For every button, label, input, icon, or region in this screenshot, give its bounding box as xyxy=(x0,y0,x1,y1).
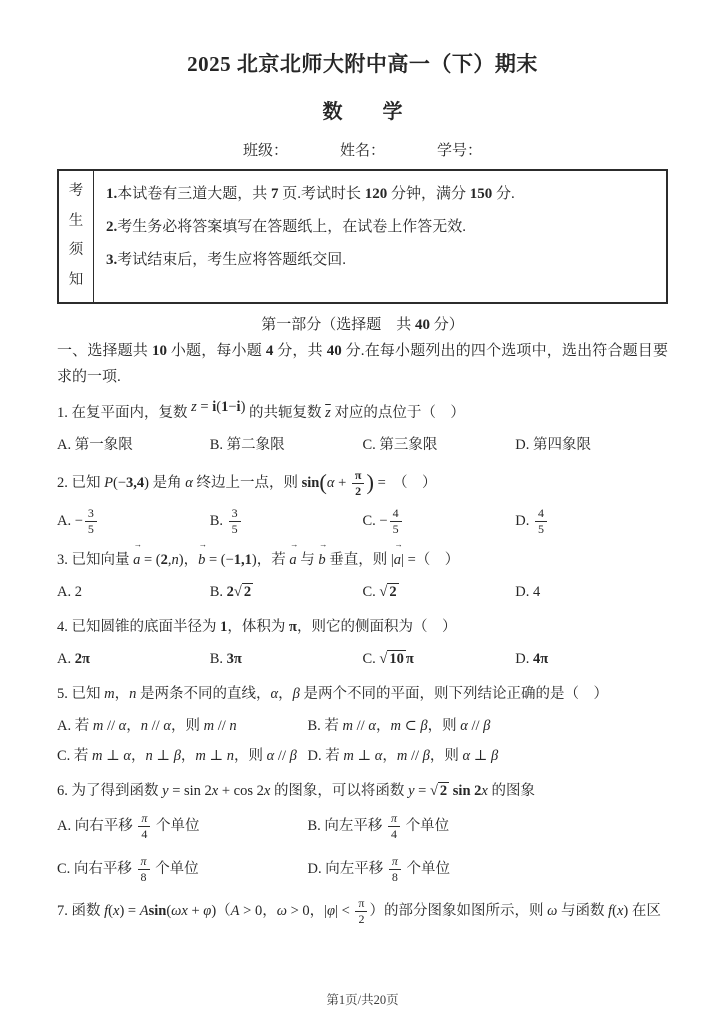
question-5-stem: 5. 已知 m，n 是两条不同的直线，α，β 是两个不同的平面，则下列结论正确的… xyxy=(57,682,668,707)
question-2-option-c: C. −45 xyxy=(363,506,516,537)
question-1-stem: 1. 在复平面内，复数 z = i(1−i) 的共轭复数 z 对应的点位于（ ） xyxy=(57,401,668,426)
question-4-options: A. 2π B. 3π C. √10π D. 4π xyxy=(57,647,668,671)
question-5-option-d: D. 若 m ⊥ α，m // β，则 α ⊥ β xyxy=(308,744,668,768)
question-2-stem: 2. 已知 P(−3,4) 是角 α 终边上一点，则 sin(α + π2) =… xyxy=(57,468,668,499)
candidate-notice-box: 考生须知 1.本试卷有三道大题，共 7 页.考试时长 120 分钟，满分 150… xyxy=(57,169,668,304)
question-4-stem: 4. 已知圆锥的底面半径为 1，体积为 π，则它的侧面积为（ ） xyxy=(57,615,668,640)
question-2: 2. 已知 P(−3,4) 是角 α 终边上一点，则 sin(α + π2) =… xyxy=(57,468,668,537)
question-1-option-a: A. 第一象限 xyxy=(57,433,210,457)
question-7: 7. 函数 f(x) = Asin(ωx + φ)（A > 0，ω > 0，|φ… xyxy=(57,896,668,927)
page-number: 第1页/共20页 xyxy=(57,982,668,1008)
question-4-option-b: B. 3π xyxy=(210,647,363,671)
question-4-option-c: C. √10π xyxy=(363,647,516,671)
question-1-option-b: B. 第二象限 xyxy=(210,433,363,457)
question-5-option-a: A. 若 m // α，n // α，则 m // n xyxy=(57,714,308,738)
name-field-label: 姓名： xyxy=(340,139,385,160)
question-5: 5. 已知 m，n 是两条不同的直线，α，β 是两个不同的平面，则下列结论正确的… xyxy=(57,682,668,768)
question-2-option-b: B. 35 xyxy=(210,506,363,537)
question-3-stem: 3. 已知向量 a→ = (2,n)，b→ = (−1,1)，若 a→ 与 b→… xyxy=(57,548,668,573)
notice-item-1: 1.本试卷有三道大题，共 7 页.考试时长 120 分钟，满分 150 分. xyxy=(106,178,652,211)
question-4-option-a: A. 2π xyxy=(57,647,210,671)
question-2-option-d: D. 45 xyxy=(515,506,668,537)
question-1-options: A. 第一象限 B. 第二象限 C. 第三象限 D. 第四象限 xyxy=(57,433,668,457)
question-3-option-d: D. 4 xyxy=(515,580,668,604)
question-6-stem: 6. 为了得到函数 y = sin 2x + cos 2x 的图象，可以将函数 … xyxy=(57,779,668,804)
student-id-field-label: 学号： xyxy=(437,139,482,160)
question-6-option-b: B. 向左平移 π4 个单位 xyxy=(308,811,668,842)
question-2-option-a: A. −35 xyxy=(57,506,210,537)
question-1: 1. 在复平面内，复数 z = i(1−i) 的共轭复数 z 对应的点位于（ ）… xyxy=(57,401,668,457)
question-6-option-a: A. 向右平移 π4 个单位 xyxy=(57,811,308,842)
part1-heading: 第一部分（选择题 共 40 分） xyxy=(57,313,668,334)
question-6: 6. 为了得到函数 y = sin 2x + cos 2x 的图象，可以将函数 … xyxy=(57,779,668,885)
question-4-option-d: D. 4π xyxy=(515,647,668,671)
question-1-option-c: C. 第三象限 xyxy=(363,433,516,457)
notice-side-label: 考生须知 xyxy=(59,171,94,302)
question-3-option-c: C. √2 xyxy=(363,580,516,604)
class-field-label: 班级： xyxy=(243,139,288,160)
notice-items: 1.本试卷有三道大题，共 7 页.考试时长 120 分钟，满分 150 分. 2… xyxy=(94,171,666,302)
exam-document: 2025 北京北师大附中高一（下）期末 数 学 班级： 姓名： 学号： 考生须知… xyxy=(0,0,724,1024)
question-5-option-c: C. 若 m ⊥ α，n ⊥ β，m ⊥ n，则 α // β xyxy=(57,744,308,768)
question-6-option-d: D. 向左平移 π8 个单位 xyxy=(308,854,668,885)
question-3-option-a: A. 2 xyxy=(57,580,210,604)
question-2-options: A. −35 B. 35 C. −45 D. 45 xyxy=(57,506,668,537)
notice-item-2: 2.考生务必将答案填写在答题纸上，在试卷上作答无效. xyxy=(106,211,652,244)
question-4: 4. 已知圆锥的底面半径为 1，体积为 π，则它的侧面积为（ ） A. 2π B… xyxy=(57,615,668,671)
question-7-stem: 7. 函数 f(x) = Asin(ωx + φ)（A > 0，ω > 0，|φ… xyxy=(57,896,668,927)
question-6-options: A. 向右平移 π4 个单位 B. 向左平移 π4 个单位 C. 向右平移 π8… xyxy=(57,811,668,885)
notice-item-3: 3.考试结束后，考生应将答题纸交回. xyxy=(106,244,652,277)
question-3-option-b: B. 2√2 xyxy=(210,580,363,604)
question-5-option-b: B. 若 m // α，m ⊂ β，则 α // β xyxy=(308,714,668,738)
question-1-option-d: D. 第四象限 xyxy=(515,433,668,457)
page-title: 2025 北京北师大附中高一（下）期末 xyxy=(57,48,668,78)
question-5-options: A. 若 m // α，n // α，则 m // n B. 若 m // α，… xyxy=(57,714,668,768)
question-6-option-c: C. 向右平移 π8 个单位 xyxy=(57,854,308,885)
question-3: 3. 已知向量 a→ = (2,n)，b→ = (−1,1)，若 a→ 与 b→… xyxy=(57,548,668,604)
question-3-options: A. 2 B. 2√2 C. √2 D. 4 xyxy=(57,580,668,604)
subject-title: 数 学 xyxy=(57,95,668,124)
student-fields: 班级： 姓名： 学号： xyxy=(57,139,668,160)
section1-intro: 一、选择题共 10 小题，每小题 4 分，共 40 分.在每小题列出的四个选项中… xyxy=(57,338,668,390)
